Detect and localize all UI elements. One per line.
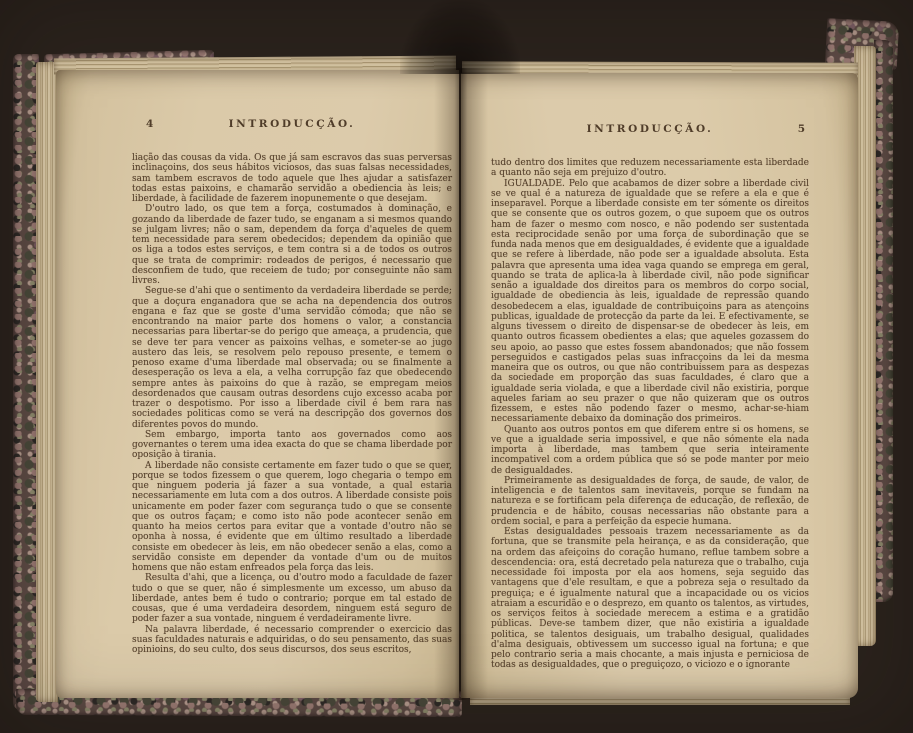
marbled-cover-right-edge <box>874 40 893 602</box>
paragraph: Quanto aos outros pontos em que diferem … <box>491 425 809 476</box>
right-page-number: 5 <box>798 123 805 135</box>
paragraph: Estas desigualdades pessoais trazem nece… <box>491 527 809 671</box>
paragraph: Sem embargo, importa tanto aos governado… <box>132 430 452 461</box>
left-text-block: 4 INTRODUCÇÃO. liação das cousas da vida… <box>132 118 452 655</box>
paragraph: Segue-se d'ahi que o sentimento da verda… <box>132 286 452 430</box>
right-running-header: INTRODUCÇÃO. 5 <box>491 123 809 137</box>
right-page: INTRODUCÇÃO. 5 tudo dentro dos limites q… <box>461 73 858 698</box>
paragraph: IGUALDADE. Pelo que acabamos de dizer so… <box>491 179 809 425</box>
book-spread: 4 INTRODUCÇÃO. liação das cousas da vida… <box>0 0 913 733</box>
left-running-header: 4 INTRODUCÇÃO. <box>132 118 452 132</box>
paragraph: Na palavra liberdade, é necessario compr… <box>132 625 452 656</box>
paragraph: liação das cousas da vida. Os que já sam… <box>132 153 452 204</box>
right-body-text: tudo dentro dos limites que reduzem nece… <box>491 158 809 671</box>
left-header-title: INTRODUCÇÃO. <box>132 118 452 130</box>
left-page-number: 4 <box>146 118 153 130</box>
paragraph: Primeiramente as desigualdades de força,… <box>491 476 809 527</box>
right-header-title: INTRODUCÇÃO. <box>491 123 809 135</box>
paragraph: A liberdade não consiste certamente em f… <box>132 461 452 574</box>
right-text-block: INTRODUCÇÃO. 5 tudo dentro dos limites q… <box>491 123 809 671</box>
paragraph: tudo dentro dos limites que reduzem nece… <box>491 158 809 179</box>
paragraph: Resulta d'ahi, que a licença, ou d'outro… <box>132 573 452 624</box>
left-body-text: liação das cousas da vida. Os que já sam… <box>132 153 452 655</box>
left-page: 4 INTRODUCÇÃO. liação das cousas da vida… <box>56 70 459 698</box>
paragraph: D'outro lado, os que tem a força, costum… <box>132 204 452 286</box>
page-stack-left-edge <box>36 62 58 702</box>
